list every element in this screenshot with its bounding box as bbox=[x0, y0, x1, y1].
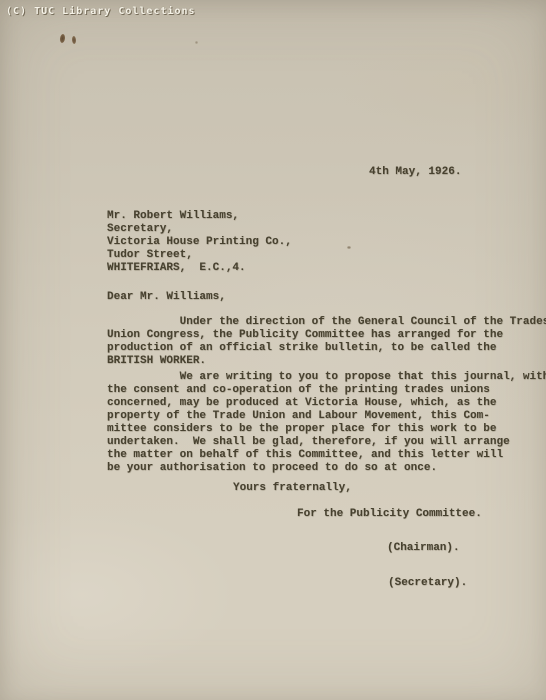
salutation-line: Dear Mr. Williams, bbox=[107, 291, 226, 304]
committee-signoff-line: For the Publicity Committee. bbox=[297, 508, 482, 521]
paper-stain bbox=[59, 34, 65, 44]
secretary-signature-line: (Secretary). bbox=[388, 577, 467, 590]
body-paragraph-2: We are writing to you to propose that th… bbox=[107, 371, 546, 475]
copyright-watermark: (C) TUC Library Collections bbox=[6, 6, 196, 17]
recipient-address: Mr. Robert Williams, Secretary, Victoria… bbox=[107, 210, 292, 275]
closing-line: Yours fraternally, bbox=[233, 482, 352, 495]
letter-date: 4th May, 1926. bbox=[369, 166, 461, 179]
paper-stain bbox=[72, 36, 77, 44]
scanned-letter-page: (C) TUC Library Collections 4th May, 192… bbox=[0, 0, 546, 700]
paper-speck bbox=[195, 41, 198, 44]
body-paragraph-1: Under the direction of the General Counc… bbox=[107, 316, 546, 368]
paper-speck bbox=[347, 246, 351, 249]
chairman-signature-line: (Chairman). bbox=[387, 542, 460, 555]
